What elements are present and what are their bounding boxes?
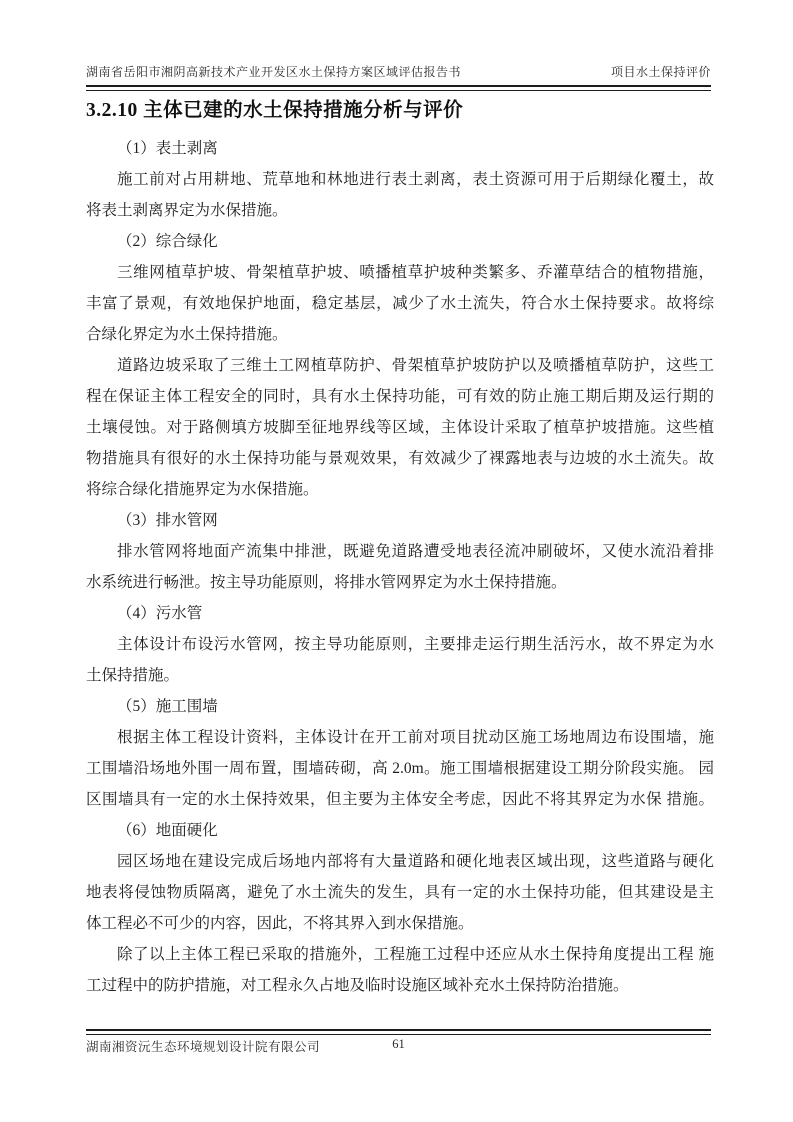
text-line: 程在保证主体工程安全的同时，具有水土保持功能，可有效的防止施工期后期及运行期的: [86, 381, 714, 412]
item-label-line: （1）表土剥离: [86, 133, 714, 164]
text-line: 施工前对占用耕地、荒草地和林地进行表土剥离，表土资源可用于后期绿化覆土，故: [86, 164, 714, 195]
section-heading: 3.2.10 主体已建的水土保持措施分析与评价: [86, 94, 711, 122]
text-line: 主体设计布设污水管网，按主导功能原则，主要排走运行期生活污水，故不界定为水: [86, 629, 714, 660]
page-number: 61: [86, 1037, 711, 1052]
text-line: 将表土剥离界定为水保措施。: [86, 195, 714, 226]
text-line: 区围墙具有一定的水土保持效果，但主要为主体安全考虑，因此不将其界定为水保 措施。: [86, 784, 714, 815]
document-page: 湖南省岳阳市湘阴高新技术产业开发区水土保持方案区域评估报告书 项目水土保持评价 …: [0, 0, 793, 1122]
item-label-line: （4）污水管: [86, 598, 714, 629]
text-line: 三维网植草护坡、骨架植草护坡、喷播植草护坡种类繁多、乔灌草结合的植物措施，: [86, 257, 714, 288]
body-text: （1）表土剥离施工前对占用耕地、荒草地和林地进行表土剥离，表土资源可用于后期绿化…: [86, 133, 714, 1001]
header-rule: [86, 85, 711, 91]
item-label-line: （2）综合绿化: [86, 226, 714, 257]
text-line: 土壤侵蚀。对于路侧填方坡脚至征地界线等区域，主体设计采取了植草护坡措施。这些植: [86, 412, 714, 443]
text-line: 工过程中的防护措施，对工程永久占地及临时设施区域补充水土保持防治措施。: [86, 970, 714, 1001]
text-line: 物措施具有很好的水土保持功能与景观效果，有效减少了裸露地表与边坡的水土流失。故: [86, 443, 714, 474]
text-line: 土保持措施。: [86, 660, 714, 691]
text-line: 除了以上主体工程已采取的措施外，工程施工过程中还应从水土保持角度提出工程 施: [86, 939, 714, 970]
item-label-line: （6）地面硬化: [86, 815, 714, 846]
text-line: 根据主体工程设计资料，主体设计在开工前对项目扰动区施工场地周边布设围墙，施: [86, 722, 714, 753]
text-line: 水系统进行畅泄。按主导功能原则，将排水管网界定为水土保持措施。: [86, 567, 714, 598]
item-label-line: （5）施工围墙: [86, 691, 714, 722]
header-right-title: 项目水土保持评价: [611, 63, 711, 80]
item-label-line: （3）排水管网: [86, 505, 714, 536]
text-line: 合绿化界定为水土保持措施。: [86, 319, 714, 350]
text-line: 体工程必不可少的内容，因此，不将其界入到水保措施。: [86, 908, 714, 939]
header-left-title: 湖南省岳阳市湘阴高新技术产业开发区水土保持方案区域评估报告书: [86, 63, 461, 80]
text-line: 道路边坡采取了三维土工网植草防护、骨架植草护坡防护以及喷播植草防护，这些工: [86, 350, 714, 381]
page-header: 湖南省岳阳市湘阴高新技术产业开发区水土保持方案区域评估报告书 项目水土保持评价: [86, 63, 711, 80]
text-line: 丰富了景观，有效地保护地面，稳定基层，减少了水土流失，符合水土保持要求。故将综: [86, 288, 714, 319]
page-footer: 湖南湘资沅生态环境规划设计院有限公司 61: [86, 1037, 711, 1057]
text-line: 工围墙沿场地外围一周布置，围墙砖砌，高 2.0m。施工围墙根据建设工期分阶段实施…: [86, 753, 714, 784]
text-line: 排水管网将地面产流集中排泄，既避免道路遭受地表径流冲刷破坏，又使水流沿着排: [86, 536, 714, 567]
footer-rule: [86, 1029, 711, 1035]
text-line: 园区场地在建设完成后场地内部将有大量道路和硬化地表区域出现，这些道路与硬化: [86, 846, 714, 877]
text-line: 地表将侵蚀物质隔离，避免了水土流失的发生，具有一定的水土保持功能，但其建设是主: [86, 877, 714, 908]
text-line: 将综合绿化措施界定为水保措施。: [86, 474, 714, 505]
